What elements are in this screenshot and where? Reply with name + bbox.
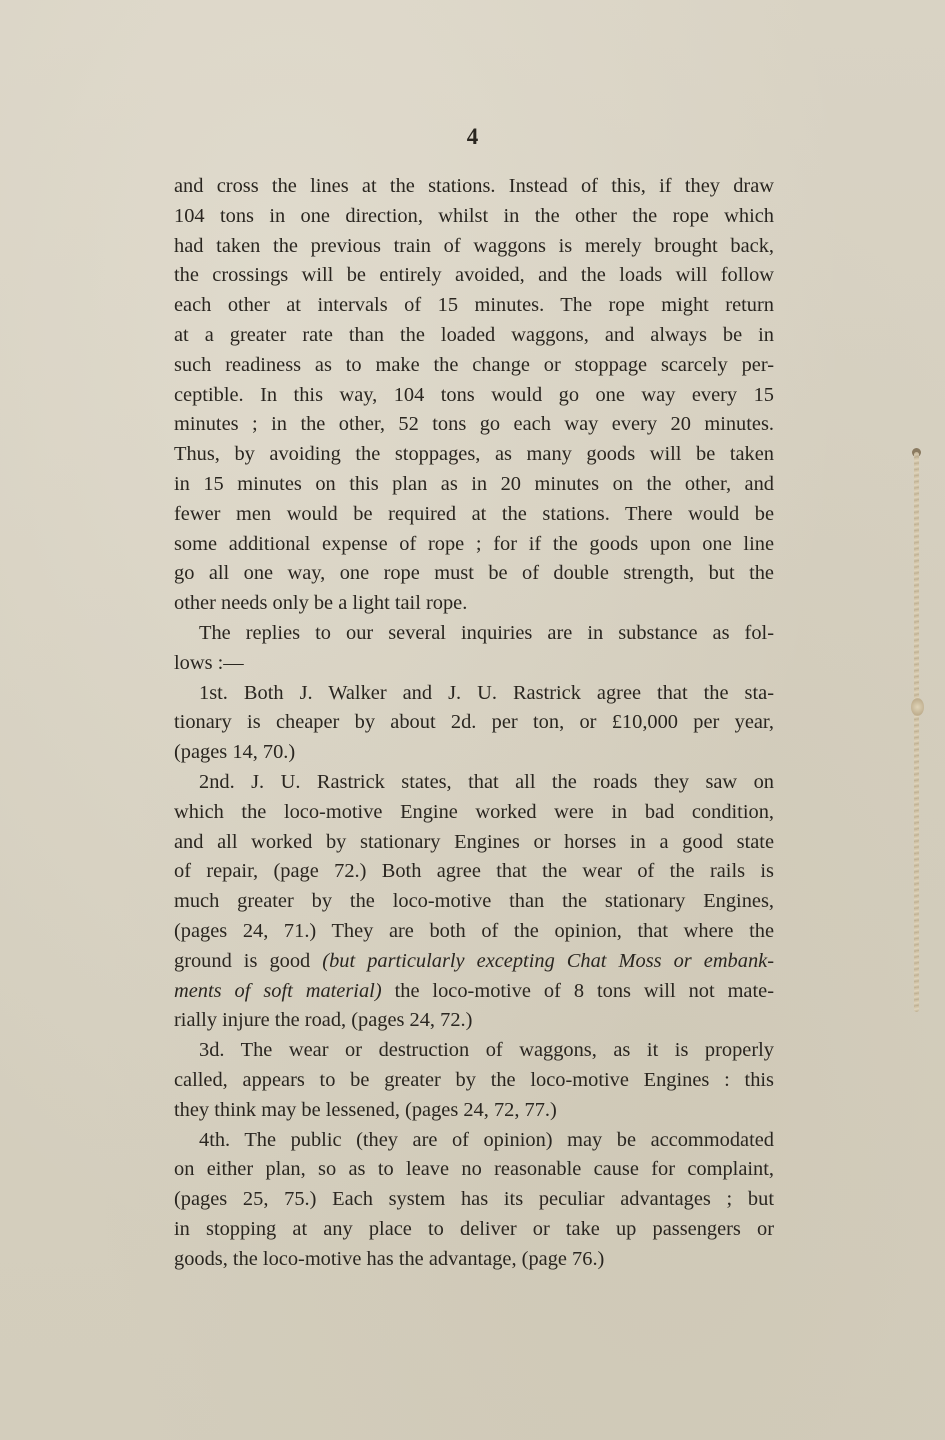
- text-line-mixed: ments of soft material) the loco-motive …: [174, 977, 774, 1007]
- paragraph-first-reply: 1st. Both J. Walker and J. U. Rastrick a…: [174, 679, 774, 768]
- text-line: goods, the loco-motive has the advantage…: [174, 1245, 774, 1275]
- text-line: other needs only be a light tail rope.: [174, 589, 774, 619]
- text-line: lows :—: [174, 649, 774, 679]
- binding-thread-knot: [911, 698, 924, 716]
- text-line: 104 tons in one direction, whilst in the…: [174, 202, 774, 232]
- paragraph-third-reply: 3d. The wear or destruction of waggons, …: [174, 1036, 774, 1125]
- text-line-mixed: ground is good (but particularly excepti…: [174, 947, 774, 977]
- text-line: minutes ; in the other, 52 tons go each …: [174, 410, 774, 440]
- text-line: tionary is cheaper by about 2d. per ton,…: [174, 708, 774, 738]
- text-line: had taken the previous train of waggons …: [174, 232, 774, 262]
- text-line: go all one way, one rope must be of doub…: [174, 559, 774, 589]
- text-segment: ground is good: [174, 950, 322, 972]
- body-text: and cross the lines at the stations. Ins…: [174, 172, 774, 1274]
- text-line: ceptible. In this way, 104 tons would go…: [174, 381, 774, 411]
- text-line: the crossings will be entirely avoided, …: [174, 261, 774, 291]
- paragraph-second-reply: 2nd. J. U. Rastrick states, that all the…: [174, 768, 774, 1036]
- text-line: The replies to our several inquiries are…: [174, 619, 774, 649]
- paragraph-fourth-reply: 4th. The public (they are of opinion) ma…: [174, 1126, 774, 1275]
- page-number: 4: [0, 124, 945, 150]
- text-line: rially injure the road, (pages 24, 72.): [174, 1006, 774, 1036]
- binding-thread: [914, 452, 919, 1012]
- text-line: much greater by the loco-motive than the…: [174, 887, 774, 917]
- text-line: 2nd. J. U. Rastrick states, that all the…: [174, 768, 774, 798]
- text-line: 4th. The public (they are of opinion) ma…: [174, 1126, 774, 1156]
- text-line: 3d. The wear or destruction of waggons, …: [174, 1036, 774, 1066]
- text-segment: the loco-motive of 8 tons will not mate-: [395, 980, 774, 1002]
- text-line: each other at intervals of 15 minutes. T…: [174, 291, 774, 321]
- paragraph-replies-intro: The replies to our several inquiries are…: [174, 619, 774, 679]
- text-line: at a greater rate than the loaded waggon…: [174, 321, 774, 351]
- text-line: in stopping at any place to deliver or t…: [174, 1215, 774, 1245]
- text-line: (pages 14, 70.): [174, 738, 774, 768]
- text-line: fewer men would be required at the stati…: [174, 500, 774, 530]
- text-line: of repair, (page 72.) Both agree that th…: [174, 857, 774, 887]
- text-line: (pages 24, 71.) They are both of the opi…: [174, 917, 774, 947]
- text-line: some additional expense of rope ; for if…: [174, 530, 774, 560]
- text-line: they think may be lessened, (pages 24, 7…: [174, 1096, 774, 1126]
- text-line: (pages 25, 75.) Each system has its pecu…: [174, 1185, 774, 1215]
- italic-note: (but particularly excepting Chat Moss or…: [322, 950, 774, 972]
- text-line: and all worked by stationary Engines or …: [174, 828, 774, 858]
- text-line: which the loco-motive Engine worked were…: [174, 798, 774, 828]
- text-line: on either plan, so as to leave no reason…: [174, 1155, 774, 1185]
- text-line: 1st. Both J. Walker and J. U. Rastrick a…: [174, 679, 774, 709]
- paragraph-rope-operation: and cross the lines at the stations. Ins…: [174, 172, 774, 619]
- text-line: Thus, by avoiding the stoppages, as many…: [174, 440, 774, 470]
- text-line: such readiness as to make the change or …: [174, 351, 774, 381]
- italic-note: ments of soft material): [174, 980, 382, 1002]
- text-line: called, appears to be greater by the loc…: [174, 1066, 774, 1096]
- text-line: in 15 minutes on this plan as in 20 minu…: [174, 470, 774, 500]
- text-line: and cross the lines at the stations. Ins…: [174, 172, 774, 202]
